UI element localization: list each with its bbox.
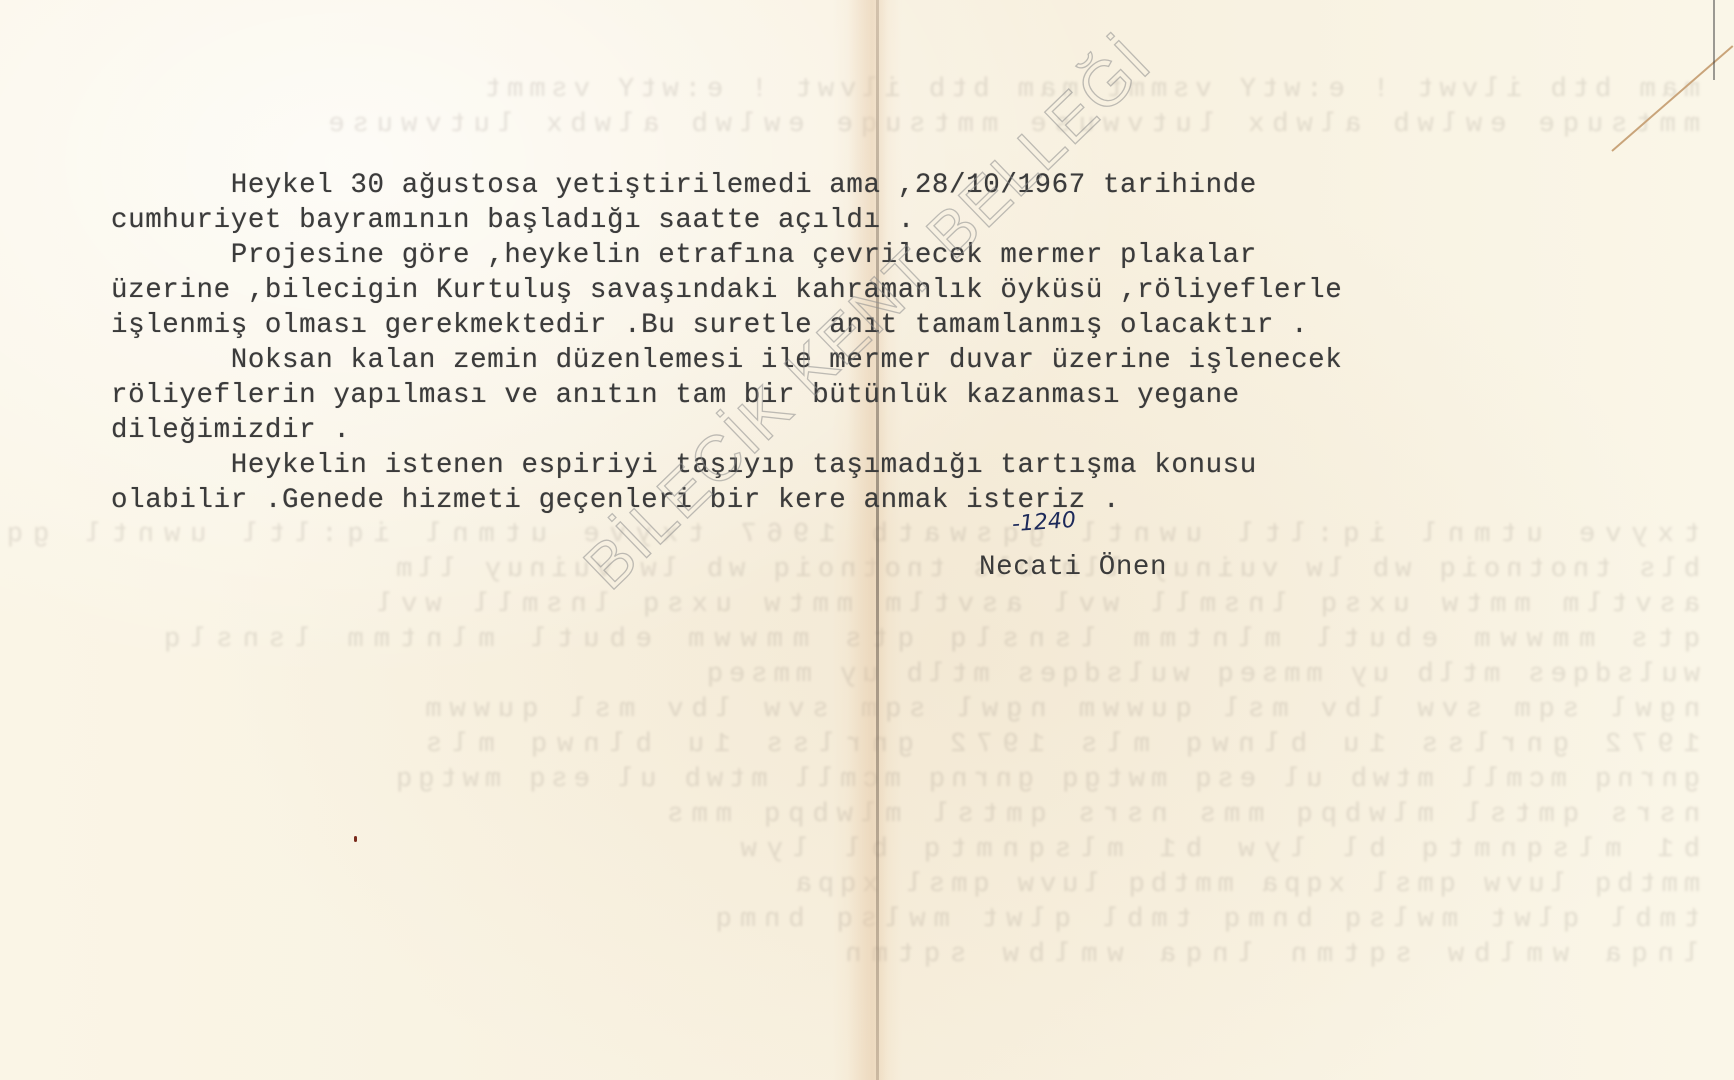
signature: Necati Önen xyxy=(979,552,1167,583)
fold-crease xyxy=(876,0,879,1080)
text-line: röliyeflerin yapılması ve anıtın tam bir… xyxy=(111,380,1240,411)
text-line: Noksan kalan zemin düzenlemesi ile merme… xyxy=(111,345,1342,376)
ink-speck xyxy=(354,836,357,842)
page-edge xyxy=(1713,0,1715,80)
text-line: Heykel 30 ağustosa yetiştirilemedi ama ,… xyxy=(111,170,1257,201)
text-line: dileğimizdir . xyxy=(111,415,350,446)
text-line: cumhuriyet bayramının başladığı saatte a… xyxy=(111,205,915,236)
text-line: Projesine göre ,heykelin etrafına çevril… xyxy=(111,240,1257,271)
handwritten-note: -1240 xyxy=(1011,508,1077,537)
fold-shadow xyxy=(848,0,888,1080)
text-line: üzerine ,bilecigin Kurtuluş savaşındaki … xyxy=(111,275,1342,306)
text-line: işlenmiş olması gerekmektedir .Bu suretl… xyxy=(111,310,1308,341)
